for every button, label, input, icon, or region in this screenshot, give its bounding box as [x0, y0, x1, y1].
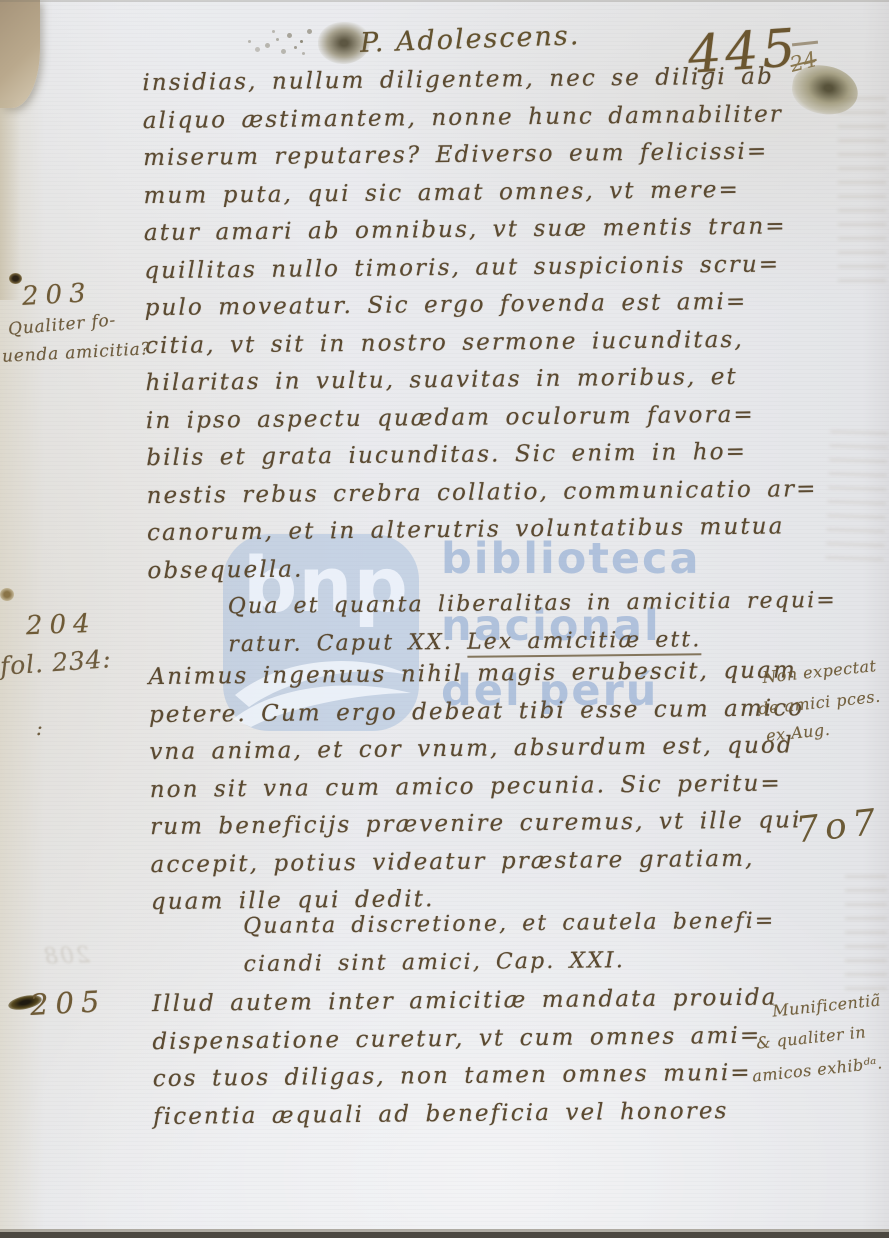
paragraph-204: Animus ingenuus nihil magis erubescit, q…	[148, 652, 806, 921]
text-line: miserum reputares? Ediverso eum feliciss…	[143, 133, 814, 178]
margin-colon-mark: :	[36, 716, 44, 740]
text-line: pulo moveatur. Sic ergo fovenda est ami=	[145, 283, 816, 328]
margin-section-number-204: 204	[25, 609, 97, 641]
text-line: rum beneficijs prævenire curemus, vt ill…	[150, 802, 806, 846]
text-line: hilaritas in vultu, suavitas in moribus,…	[145, 358, 816, 403]
text-line: Illud autem inter amicitiæ mandata proui…	[152, 980, 778, 1024]
heading-line: ciandi sint amici, Cap. XXI.	[243, 940, 776, 983]
text-line: insidias, nullum diligentem, nec se dili…	[142, 58, 813, 103]
paragraph-205: Illud autem inter amicitiæ mandata proui…	[152, 980, 779, 1137]
text-line: canorum, et in alterutris voluntatibus m…	[147, 508, 818, 553]
chapter-heading-xxi: Quanta discretione, et cautela benefi= c…	[243, 903, 776, 984]
manuscript-scan: { "document": { "kind": "handwritten man…	[0, 0, 889, 1238]
text-line: ficentia æquali ad beneficia vel honores	[153, 1092, 779, 1136]
margin-section-number-205: 205	[29, 984, 107, 1022]
text-line: bilis et grata iucunditas. Sic enim in h…	[146, 433, 817, 478]
text-line: accepit, potius videatur præstare gratia…	[150, 840, 806, 884]
text-line: Animus ingenuus nihil magis erubescit, q…	[148, 652, 804, 696]
text-line: cos tuos diligas, non tamen omnes muni=	[153, 1055, 779, 1099]
text-line: atur amari ab omnibus, vt suæ mentis tra…	[144, 208, 815, 253]
paragraph-203: insidias, nullum diligentem, nec se dili…	[142, 58, 818, 590]
heading-line: Quanta discretione, et cautela benefi=	[243, 903, 776, 946]
chapter-heading-xx: Qua et quanta liberalitas in amicitia re…	[228, 582, 838, 663]
heading-caput: ratur. Caput XX.	[228, 629, 453, 656]
text-block: insidias, nullum diligentem, nec se dili…	[0, 0, 889, 1238]
heading-line: Qua et quanta liberalitas in amicitia re…	[228, 582, 837, 626]
text-line: dispensatione curetur, vt cum omnes ami=	[152, 1017, 778, 1061]
margin-section-number-203: 203	[21, 278, 93, 312]
text-line: vna anima, et cor vnum, absurdum est, qu…	[149, 727, 805, 771]
